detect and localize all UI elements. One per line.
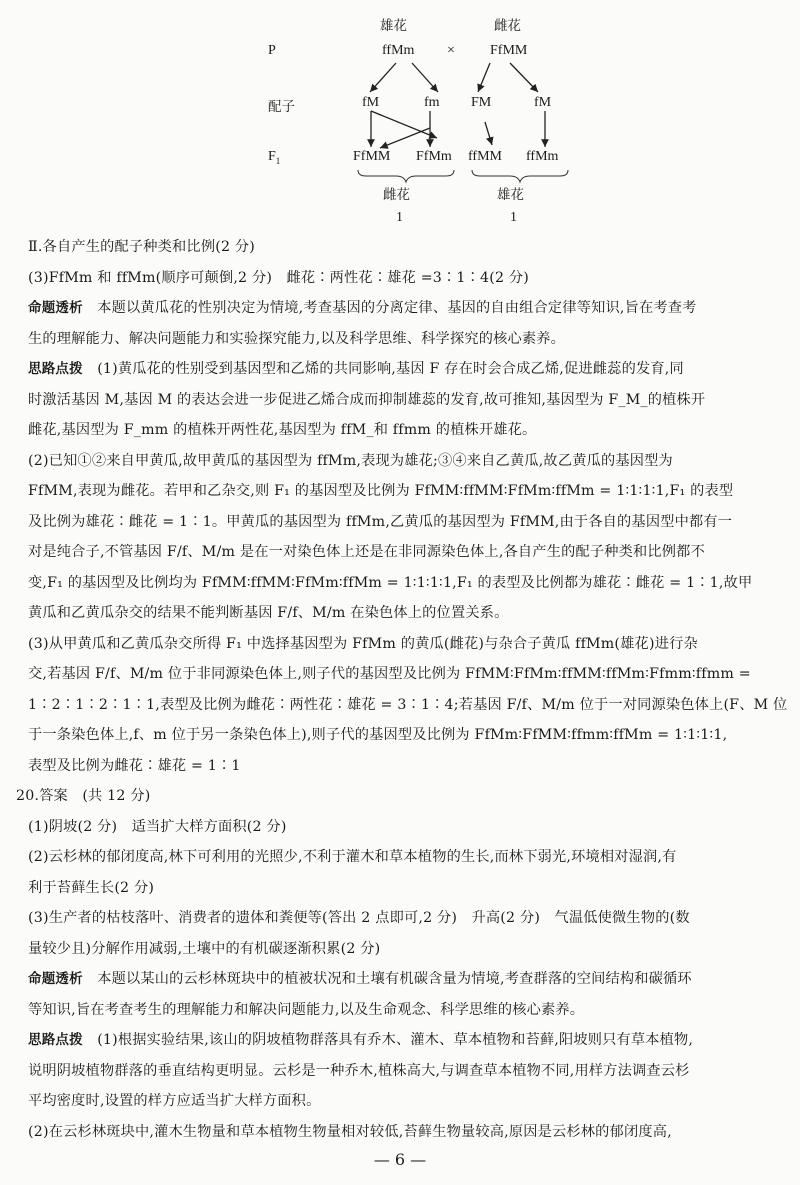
group2-ratio: 1 — [510, 210, 517, 226]
text-line: 及比例为雄花∶雌花 = 1∶1。甲黄瓜的基因型为 ffMm,乙黄瓜的基因型为 F… — [28, 507, 774, 538]
text-line: 命题透析 本题以某山的云杉林斑块中的植被状况和土壤有机碳含量为情境,考查群落的空… — [28, 964, 774, 995]
offspring: FfMm — [416, 149, 452, 165]
offspring: ffMM — [468, 149, 502, 165]
gamete: fM — [362, 95, 379, 111]
text-line: (3)FfMm 和 ffMm(顺序可颠倒,2 分) 雌花∶两性花∶雄花 =3∶1… — [28, 263, 774, 294]
row-label-gamete: 配子 — [268, 95, 295, 115]
line-text: 交,若基因 F/f、M/m 位于非同源染色体上,则子代的基因型及比例为 FfMM… — [28, 666, 751, 682]
parent1-phenotype: 雄花 — [380, 14, 407, 34]
text-line: 思路点拨 (1)根据实验结果,该山的阴坡植物群落具有乔木、灌木、草本植物和苔藓,… — [28, 1025, 774, 1056]
line-text: FfMM,表现为雌花。若甲和乙杂交,则 F₁ 的基因型及比例为 FfMM∶ffM… — [28, 483, 733, 499]
text-line: FfMM,表现为雌花。若甲和乙杂交,则 F₁ 的基因型及比例为 FfMM∶ffM… — [28, 476, 774, 507]
gamete: fm — [424, 95, 440, 111]
group1-ratio: 1 — [396, 210, 403, 226]
text-line: (3)从甲黄瓜和乙黄瓜杂交所得 F₁ 中选择基因型为 FfMm 的黄瓜(雌花)与… — [28, 629, 774, 660]
section-label: 思路点拨 — [28, 361, 83, 377]
gamete: fM — [534, 95, 551, 111]
line-text: 变,F₁ 的基因型及比例均为 FfMM∶ffMM∶FfMm∶ffMm = 1∶1… — [28, 575, 752, 591]
line-text: 本题以某山的云杉林斑块中的植被状况和土壤有机碳含量为情境,考查群落的空间结构和碳… — [83, 971, 692, 987]
section-label: 命题透析 — [28, 971, 83, 987]
section-label: 命题透析 — [28, 300, 83, 316]
text-line: 对是纯合子,不管基因 F/f、M/m 是在一对染色体上还是在非同源染色体上,各自… — [28, 537, 774, 568]
line-text: Ⅱ.各自产生的配子种类和比例(2 分) — [28, 239, 255, 255]
text-line: (3)生产者的枯枝落叶、消费者的遗体和粪便等(答出 2 点即可,2 分) 升高(… — [28, 903, 774, 934]
cross-symbol: × — [447, 43, 455, 59]
text-line: (2)云杉林的郁闭度高,林下可利用的光照少,不利于灌木和草本植物的生长,而林下弱… — [28, 842, 774, 873]
text-line: 黄瓜和乙黄瓜杂交的结果不能判断基因 F/f、M/m 在染色体上的位置关系。 — [28, 598, 774, 629]
line-text: 表型及比例为雌花∶雄花 = 1∶1 — [28, 758, 241, 774]
line-text: 20.答案 (共 12 分) — [16, 788, 150, 804]
text-line: 表型及比例为雌花∶雄花 = 1∶1 — [28, 751, 774, 782]
line-text: 对是纯合子,不管基因 F/f、M/m 是在一对染色体上还是在非同源染色体上,各自… — [28, 544, 705, 560]
text-line: 1∶2∶1∶2∶1∶1,表型及比例为雌花∶两性花∶雄花 = 3∶1∶4;若基因 … — [28, 690, 774, 721]
line-text: (2)在云杉林斑块中,灌木生物量和草本植物生物量相对较低,苔藓生物量较高,原因是… — [28, 1124, 672, 1140]
genetic-cross-diagram: 雄花 雌花 P ffMm × FfMM 配子 fM fm FM fM F1 Ff… — [0, 0, 800, 230]
line-text: (3)从甲黄瓜和乙黄瓜杂交所得 F₁ 中选择基因型为 FfMm 的黄瓜(雌花)与… — [28, 636, 698, 652]
line-text: (3)FfMm 和 ffMm(顺序可颠倒,2 分) 雌花∶两性花∶雄花 =3∶1… — [28, 270, 529, 286]
text-line: 利于苔藓生长(2 分) — [28, 873, 774, 904]
parent2-phenotype: 雌花 — [494, 14, 521, 34]
line-text: 说明阴坡植物群落的垂直结构更明显。云杉是一种乔木,植株高大,与调查草本植物不同,… — [28, 1063, 690, 1079]
text-line: 量较少且)分解作用减弱,土壤中的有机碳逐渐积累(2 分) — [28, 934, 774, 965]
line-text: 时激活基因 M,基因 M 的表达会进一步促进乙烯合成而抑制雄蕊的发育,故可推知,… — [28, 392, 705, 408]
answer-text: Ⅱ.各自产生的配子种类和比例(2 分)(3)FfMm 和 ffMm(顺序可颠倒,… — [28, 232, 774, 1147]
line-text: (1)根据实验结果,该山的阴坡植物群落具有乔木、灌木、草本植物和苔藓,阳坡则只有… — [83, 1032, 693, 1048]
section-label: 思路点拨 — [28, 1032, 83, 1048]
offspring: ffMm — [526, 149, 558, 165]
line-text: (2)云杉林的郁闭度高,林下可利用的光照少,不利于灌木和草本植物的生长,而林下弱… — [28, 849, 677, 865]
text-line: (2)已知①②来自甲黄瓜,故甲黄瓜的基因型为 ffMm,表现为雄花;③④来自乙黄… — [28, 446, 774, 477]
line-text: 及比例为雄花∶雌花 = 1∶1。甲黄瓜的基因型为 ffMm,乙黄瓜的基因型为 F… — [28, 514, 732, 530]
page-number: — 6 — — [0, 1150, 800, 1169]
text-line: 于一条染色体上,f、m 位于另一条染色体上),则子代的基因型及比例为 FfMm∶… — [28, 720, 774, 751]
line-text: 雌花,基因型为 F_mm 的植株开两性花,基因型为 ffM_和 ffmm 的植株… — [28, 422, 536, 438]
line-text: (3)生产者的枯枝落叶、消费者的遗体和粪便等(答出 2 点即可,2 分) 升高(… — [28, 910, 690, 926]
text-line: 时激活基因 M,基因 M 的表达会进一步促进乙烯合成而抑制雄蕊的发育,故可推知,… — [28, 385, 774, 416]
text-line: (2)在云杉林斑块中,灌木生物量和草本植物生物量相对较低,苔藓生物量较高,原因是… — [28, 1117, 774, 1148]
line-text: 利于苔藓生长(2 分) — [28, 880, 154, 896]
group1-phenotype: 雌花 — [383, 183, 410, 203]
line-text: 等知识,旨在考查考生的理解能力和解决问题能力,以及生命观念、科学思维的核心素养。 — [28, 1002, 584, 1018]
parent2-genotype: FfMM — [490, 43, 527, 59]
line-text: 量较少且)分解作用减弱,土壤中的有机碳逐渐积累(2 分) — [28, 941, 380, 957]
line-text: 平均密度时,设置的样方应适当扩大样方面积。 — [28, 1093, 320, 1109]
offspring: FfMM — [353, 149, 390, 165]
line-text: (1)黄瓜花的性别受到基因型和乙烯的共同影响,基因 F 存在时会合成乙烯,促进雌… — [83, 361, 684, 377]
line-text: 于一条染色体上,f、m 位于另一条染色体上),则子代的基因型及比例为 FfMm∶… — [28, 727, 727, 743]
line-text: 生的理解能力、解决问题能力和实验探究能力,以及科学思维、科学探究的核心素养。 — [28, 331, 565, 347]
text-line: 交,若基因 F/f、M/m 位于非同源染色体上,则子代的基因型及比例为 FfMM… — [28, 659, 774, 690]
text-line: 说明阴坡植物群落的垂直结构更明显。云杉是一种乔木,植株高大,与调查草本植物不同,… — [28, 1056, 774, 1087]
line-text: 黄瓜和乙黄瓜杂交的结果不能判断基因 F/f、M/m 在染色体上的位置关系。 — [28, 605, 509, 621]
gamete: FM — [471, 95, 491, 111]
text-line: 等知识,旨在考查考生的理解能力和解决问题能力,以及生命观念、科学思维的核心素养。 — [28, 995, 774, 1026]
text-line: (1)阴坡(2 分) 适当扩大样方面积(2 分) — [28, 812, 774, 843]
line-text: 本题以黄瓜花的性别决定为情境,考查基因的分离定律、基因的自由组合定律等知识,旨在… — [83, 300, 697, 316]
question-heading: 20.答案 (共 12 分) — [16, 781, 774, 812]
text-line: 雌花,基因型为 F_mm 的植株开两性花,基因型为 ffM_和 ffmm 的植株… — [28, 415, 774, 446]
text-line: 变,F₁ 的基因型及比例均为 FfMM∶ffMM∶FfMm∶ffMm = 1∶1… — [28, 568, 774, 599]
line-text: (2)已知①②来自甲黄瓜,故甲黄瓜的基因型为 ffMm,表现为雄花;③④来自乙黄… — [28, 453, 673, 469]
text-line: 命题透析 本题以黄瓜花的性别决定为情境,考查基因的分离定律、基因的自由组合定律等… — [28, 293, 774, 324]
line-text: (1)阴坡(2 分) 适当扩大样方面积(2 分) — [28, 819, 287, 835]
row-label-f1: F1 — [268, 149, 280, 166]
group2-phenotype: 雄花 — [497, 183, 524, 203]
text-line: 生的理解能力、解决问题能力和实验探究能力,以及科学思维、科学探究的核心素养。 — [28, 324, 774, 355]
line-text: 1∶2∶1∶2∶1∶1,表型及比例为雌花∶两性花∶雄花 = 3∶1∶4;若基因 … — [28, 697, 787, 713]
text-line: 平均密度时,设置的样方应适当扩大样方面积。 — [28, 1086, 774, 1117]
parent1-genotype: ffMm — [382, 43, 414, 59]
row-label-p: P — [268, 43, 276, 59]
text-line: Ⅱ.各自产生的配子种类和比例(2 分) — [28, 232, 774, 263]
text-line: 思路点拨 (1)黄瓜花的性别受到基因型和乙烯的共同影响,基因 F 存在时会合成乙… — [28, 354, 774, 385]
